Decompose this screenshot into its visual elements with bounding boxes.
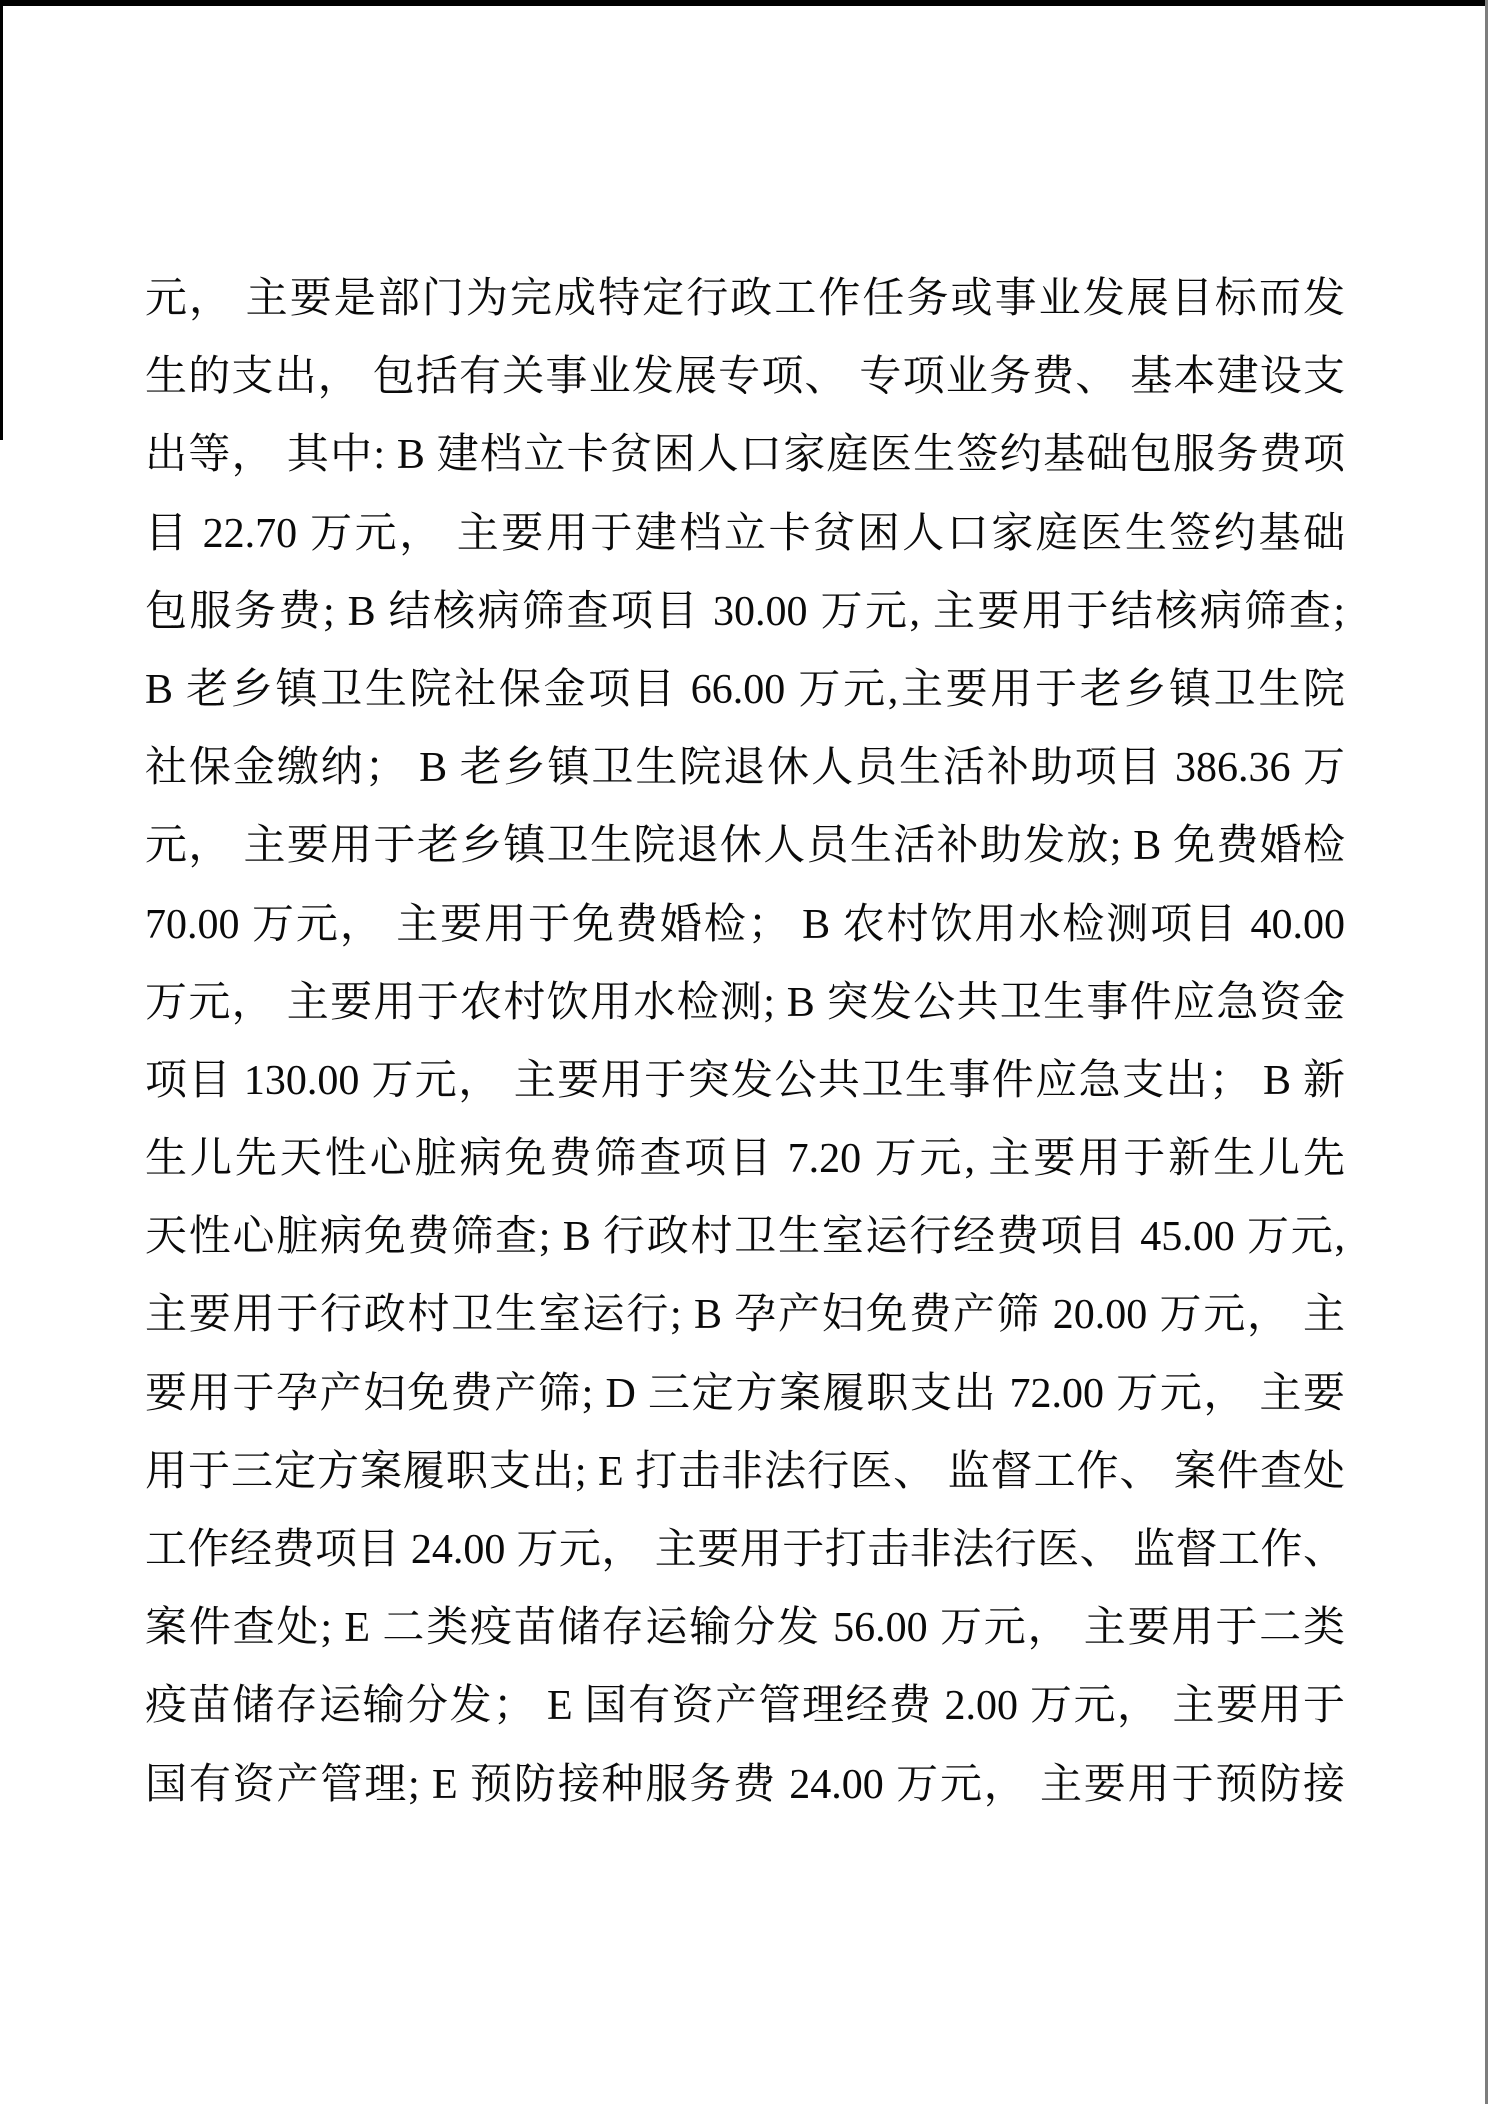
scan-edge-top — [0, 0, 1488, 6]
paragraph-line-12: 生儿先天性心脏病免费筛查项目 7.20 万元, 主要用于新生儿先 — [145, 1120, 1345, 1198]
paragraph-line-17: 工作经费项目 24.00 万元， 主要用于打击非法行医、 监督工作、 — [145, 1511, 1345, 1589]
paragraph-line-18: 案件查处; E 二类疫苗储存运输分发 56.00 万元， 主要用于二类 — [145, 1589, 1345, 1667]
paragraph-line-20: 国有资产管理; E 预防接种服务费 24.00 万元， 主要用于预防接 — [145, 1746, 1345, 1824]
document-page: 元， 主要是部门为完成特定行政工作任务或事业发展目标而发 生的支出， 包括有关事… — [0, 0, 1488, 2104]
paragraph-line-7: 社保金缴纳； B 老乡镇卫生院退休人员生活补助项目 386.36 万 — [145, 729, 1345, 807]
paragraph-line-11: 项目 130.00 万元， 主要用于突发公共卫生事件应急支出； B 新 — [145, 1042, 1345, 1120]
paragraph-line-5: 包服务费; B 结核病筛查项目 30.00 万元, 主要用于结核病筛查; — [145, 573, 1345, 651]
paragraph-line-6: B 老乡镇卫生院社保金项目 66.00 万元,主要用于老乡镇卫生院 — [145, 651, 1345, 729]
paragraph-line-4: 目 22.70 万元， 主要用于建档立卡贫困人口家庭医生签约基础 — [145, 495, 1345, 573]
paragraph-line-16: 用于三定方案履职支出; E 打击非法行医、 监督工作、 案件查处 — [145, 1433, 1345, 1511]
paragraph-line-8: 元， 主要用于老乡镇卫生院退休人员生活补助发放; B 免费婚检 — [145, 807, 1345, 885]
paragraph-line-19: 疫苗储存运输分发； E 国有资产管理经费 2.00 万元， 主要用于 — [145, 1667, 1345, 1745]
paragraph-line-15: 要用于孕产妇免费产筛; D 三定方案履职支出 72.00 万元， 主要 — [145, 1355, 1345, 1433]
paragraph-line-1: 元， 主要是部门为完成特定行政工作任务或事业发展目标而发 — [145, 260, 1345, 338]
paragraph-line-13: 天性心脏病免费筛查; B 行政村卫生室运行经费项目 45.00 万元, — [145, 1198, 1345, 1276]
paragraph: 元， 主要是部门为完成特定行政工作任务或事业发展目标而发 生的支出， 包括有关事… — [145, 260, 1345, 1824]
paragraph-line-14: 主要用于行政村卫生室运行; B 孕产妇免费产筛 20.00 万元， 主 — [145, 1276, 1345, 1354]
paragraph-line-3: 出等， 其中: B 建档立卡贫困人口家庭医生签约基础包服务费项 — [145, 416, 1345, 494]
scan-edge-left — [0, 0, 3, 440]
paragraph-line-9: 70.00 万元， 主要用于免费婚检； B 农村饮用水检测项目 40.00 — [145, 886, 1345, 964]
paragraph-line-10: 万元， 主要用于农村饮用水检测; B 突发公共卫生事件应急资金 — [145, 964, 1345, 1042]
paragraph-line-2: 生的支出， 包括有关事业发展专项、 专项业务费、 基本建设支 — [145, 338, 1345, 416]
